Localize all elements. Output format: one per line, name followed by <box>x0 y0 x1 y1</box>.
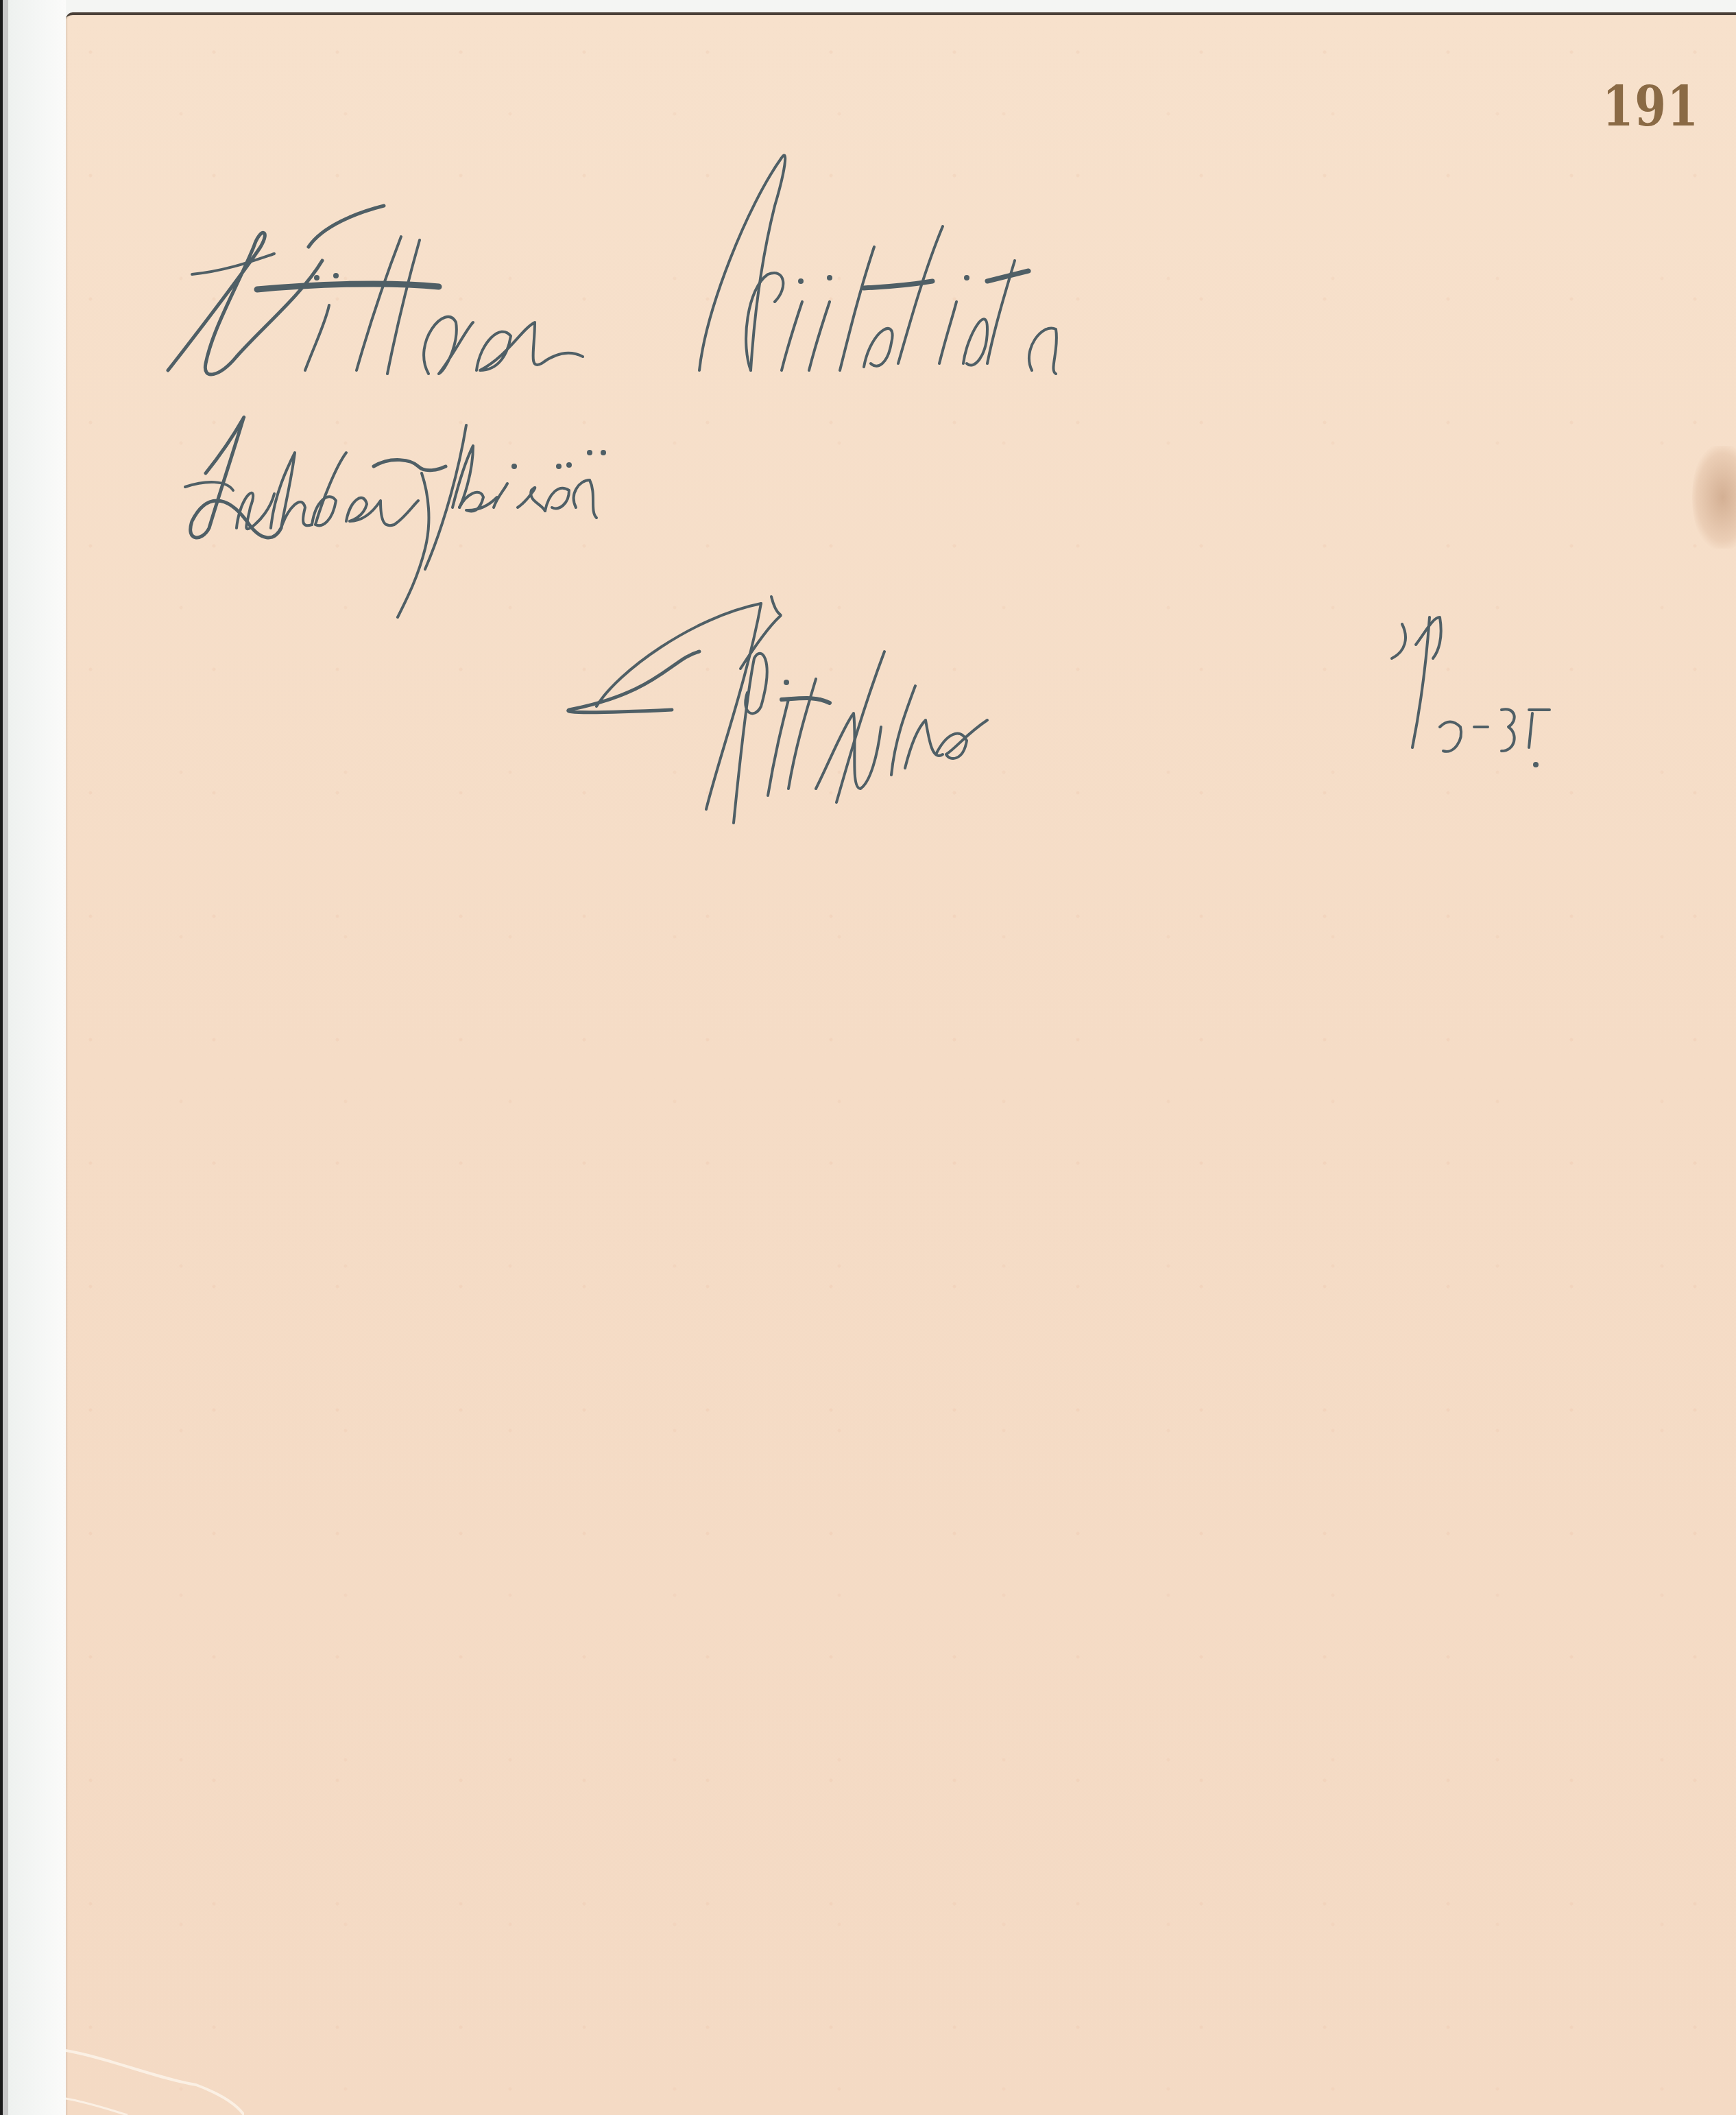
handwriting-line-2 <box>185 417 606 617</box>
paper-crease <box>66 2030 244 2115</box>
handwriting <box>0 0 1736 2115</box>
handwriting-line-1 <box>168 155 1057 374</box>
date <box>1392 617 1550 767</box>
signature <box>568 597 987 823</box>
